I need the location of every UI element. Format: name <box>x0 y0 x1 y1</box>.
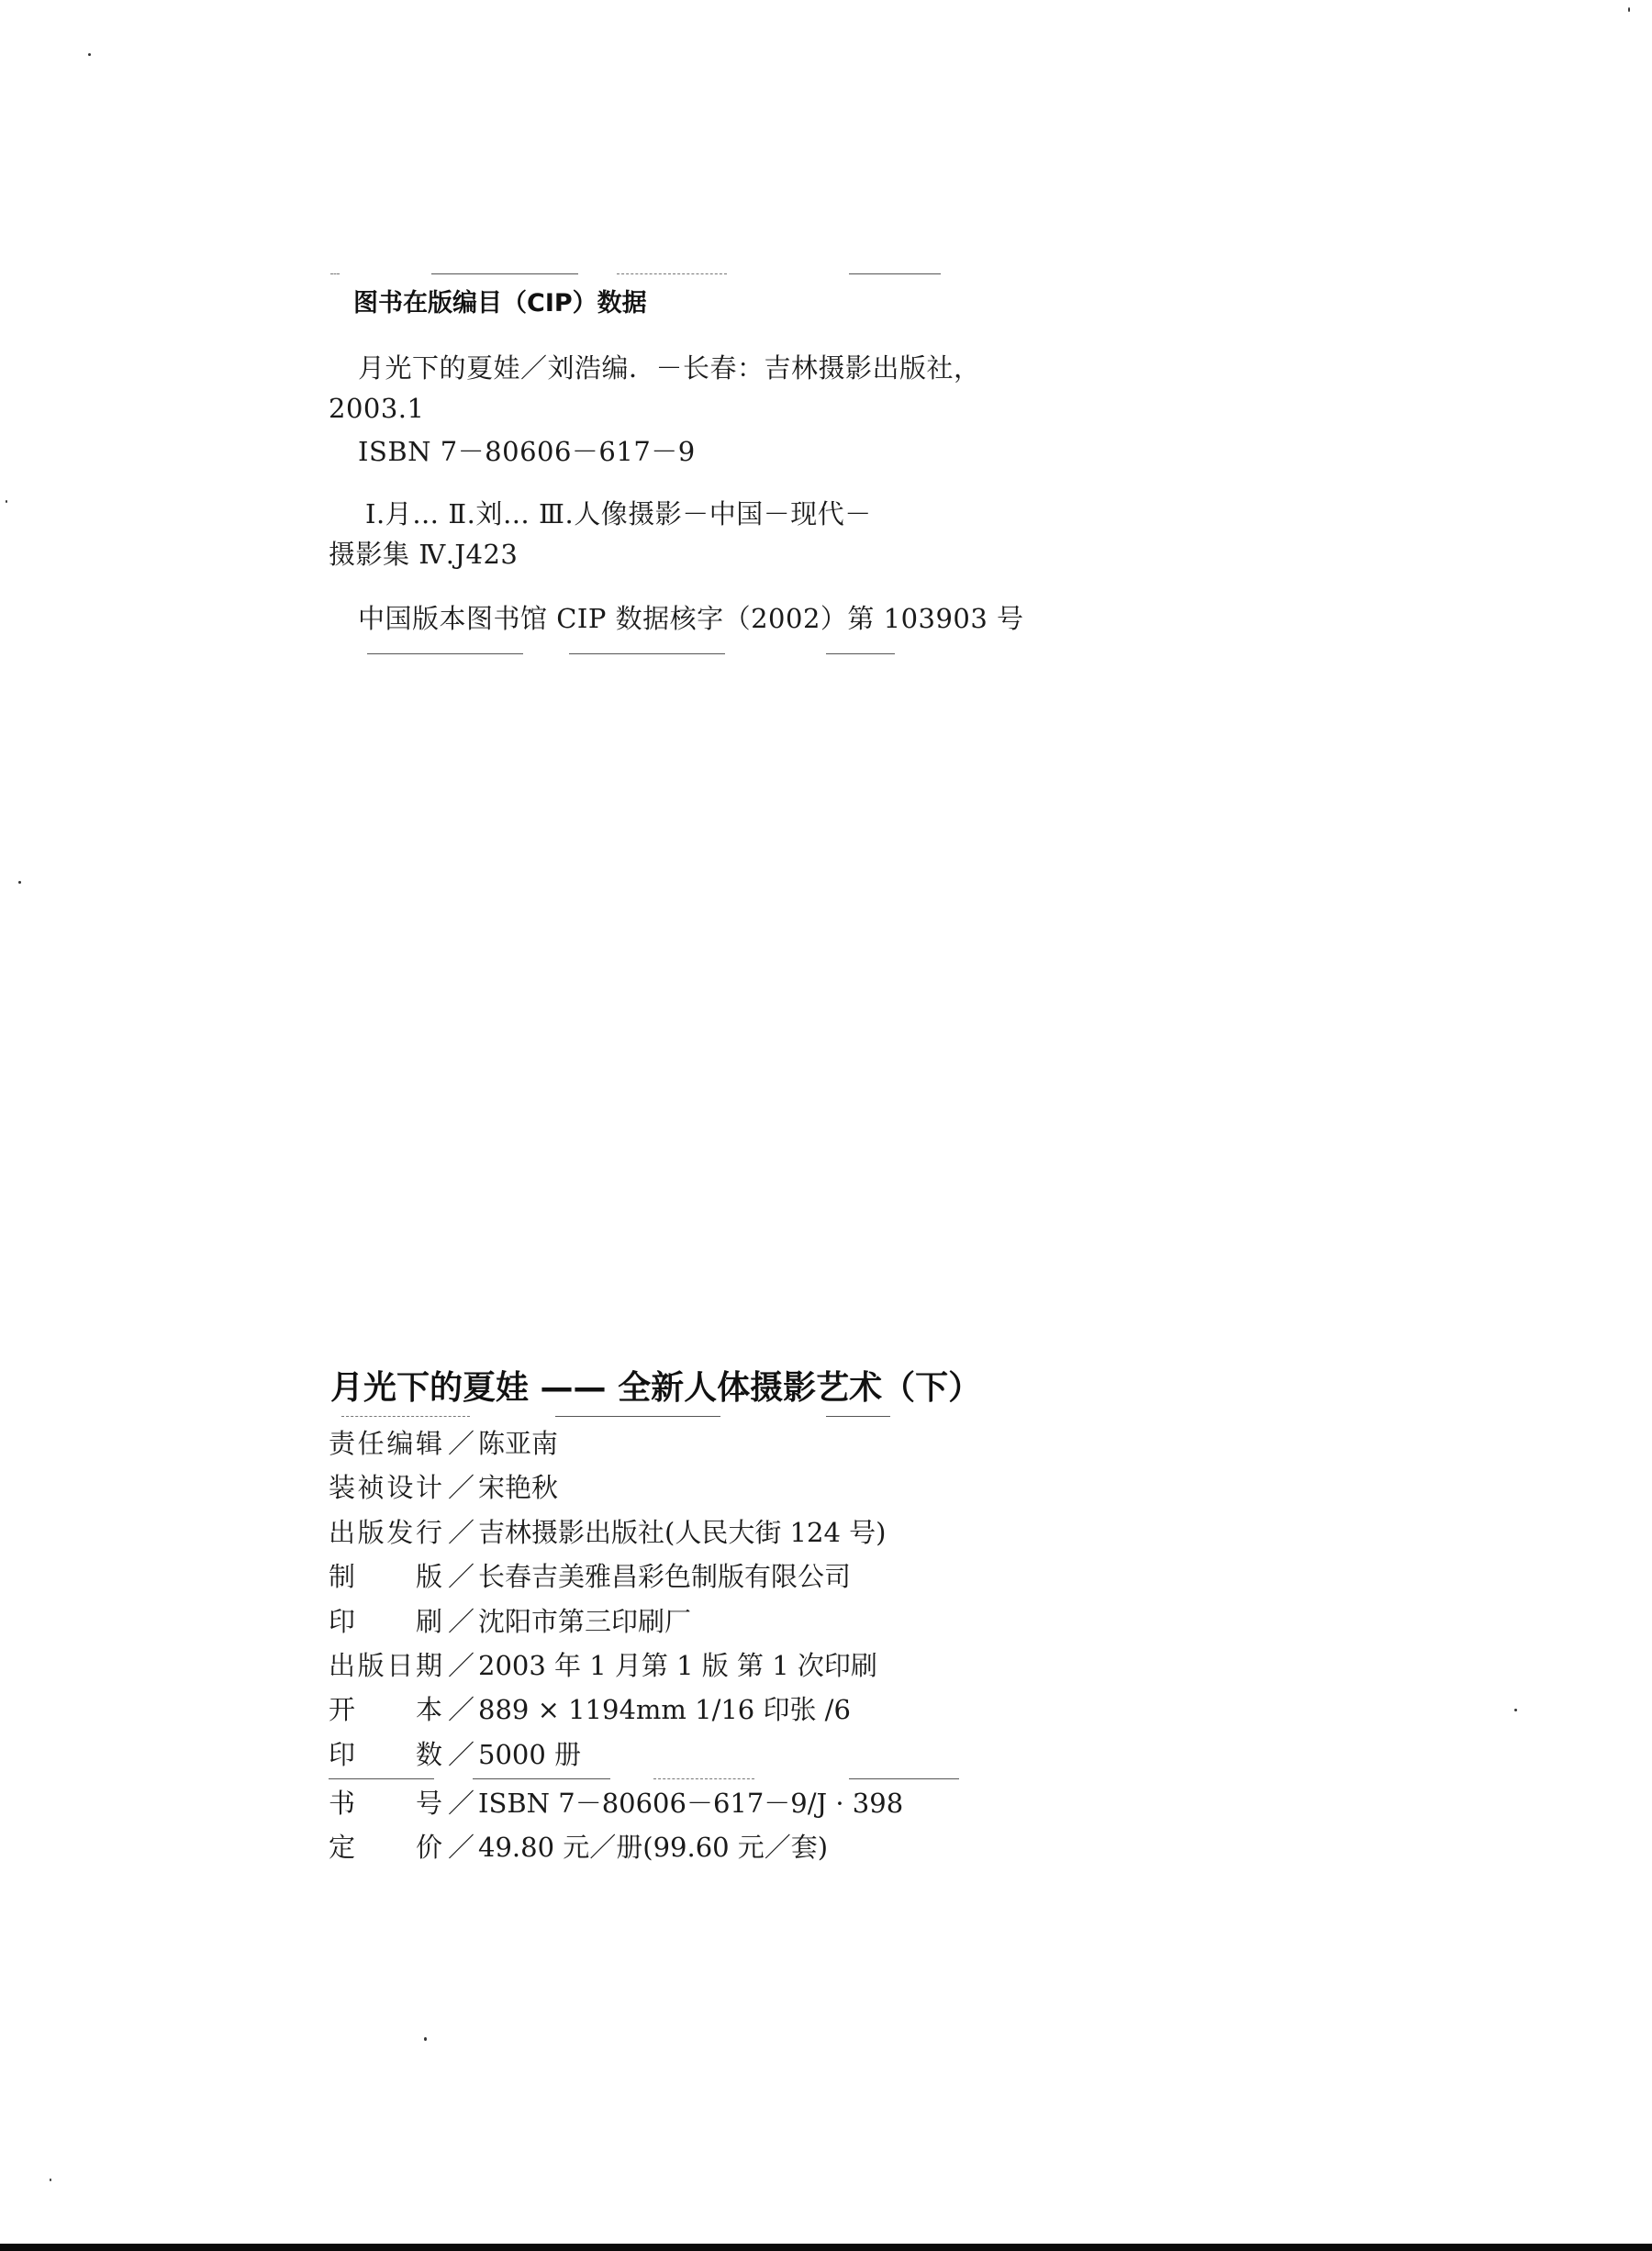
spec-label: 开本 <box>329 1693 442 1726</box>
colophon-divider-rule <box>849 1778 959 1779</box>
spec-value: 长春吉美雅昌彩色制版有限公司 <box>478 1561 851 1592</box>
spec-row-printer: 印刷／沈阳市第三印刷厂 <box>329 1605 691 1638</box>
spec-label: 制版 <box>329 1560 442 1593</box>
spec-label: 装祯设计 <box>329 1471 442 1504</box>
spec-label: 印数 <box>329 1738 442 1771</box>
spec-row-editor: 责任编辑／陈亚南 <box>329 1427 558 1460</box>
spec-separator: ／ <box>442 1787 478 1820</box>
spec-separator: ／ <box>442 1427 478 1460</box>
spec-separator: ／ <box>442 1471 478 1504</box>
cip-entry-date: 2003.1 <box>329 392 424 425</box>
spec-separator: ／ <box>442 1649 478 1682</box>
scan-speck <box>1628 7 1630 12</box>
colophon-divider-rule <box>329 1778 434 1779</box>
book-title: 月光下的夏娃 —— 全新人体摄影艺术（下） <box>330 1367 981 1410</box>
spec-value: 2003 年 1 月第 1 版 第 1 次印刷 <box>478 1650 877 1681</box>
spec-label: 定价 <box>329 1831 442 1864</box>
spec-label: 印刷 <box>329 1605 442 1638</box>
spec-label: 出版发行 <box>329 1516 442 1549</box>
spec-separator: ／ <box>442 1693 478 1726</box>
scan-speck <box>424 2037 427 2041</box>
spec-row-plate-making: 制版／长春吉美雅昌彩色制版有限公司 <box>329 1560 851 1593</box>
spec-value: 5000 册 <box>478 1739 581 1770</box>
spec-value: 889 × 1194mm 1/16 印张 /6 <box>478 1694 851 1725</box>
cip-top-rule <box>330 273 340 274</box>
cip-top-rule <box>431 273 578 274</box>
colophon-divider-rule <box>653 1778 754 1779</box>
scan-speck <box>1514 1709 1517 1711</box>
spec-row-pub-date: 出版日期／2003 年 1 月第 1 版 第 1 次印刷 <box>329 1649 877 1682</box>
colophon-divider-rule <box>473 1778 610 1779</box>
cip-subjects-line: 摄影集 Ⅳ.J423 <box>329 538 518 571</box>
spec-row-format: 开本／889 × 1194mm 1/16 印张 /6 <box>329 1693 851 1726</box>
title-underline-rule <box>826 1416 890 1417</box>
spec-value: 吉林摄影出版社(人民大街 124 号) <box>478 1517 886 1548</box>
cip-subjects-line: Ⅰ.月… Ⅱ.刘… Ⅲ.人像摄影－中国－现代－ <box>365 497 872 530</box>
cip-bottom-rule <box>569 653 725 654</box>
cip-top-rule <box>617 273 727 274</box>
spec-row-design: 装祯设计／宋艳秋 <box>329 1471 558 1504</box>
spec-row-book-number: 书号／ISBN 7－80606－617－9/J · 398 <box>329 1787 903 1820</box>
spec-label: 出版日期 <box>329 1649 442 1682</box>
cip-entry-line: 月光下的夏娃／刘浩编．－长春：吉林摄影出版社， <box>358 351 981 384</box>
title-underline-rule <box>555 1416 720 1417</box>
spec-separator: ／ <box>442 1516 478 1549</box>
title-underline-rule <box>341 1416 470 1417</box>
spec-value: 49.80 元／册(99.60 元／套) <box>478 1832 828 1863</box>
spec-value: ISBN 7－80606－617－9/J · 398 <box>478 1788 903 1819</box>
cip-bottom-rule <box>826 653 895 654</box>
spec-value: 沈阳市第三印刷厂 <box>478 1606 691 1637</box>
spec-row-publisher: 出版发行／吉林摄影出版社(人民大街 124 号) <box>329 1516 886 1549</box>
spec-row-print-run: 印数／5000 册 <box>329 1738 581 1771</box>
spec-separator: ／ <box>442 1605 478 1638</box>
spec-value: 宋艳秋 <box>478 1472 558 1503</box>
cip-isbn: ISBN 7－80606－617－9 <box>358 435 696 468</box>
scan-speck <box>6 500 7 503</box>
cip-bottom-rule <box>367 653 523 654</box>
scan-speck <box>18 881 21 884</box>
cip-verification: 中国版本图书馆 CIP 数据核字（2002）第 103903 号 <box>358 602 1024 635</box>
spec-separator: ／ <box>442 1560 478 1593</box>
spec-label: 书号 <box>329 1787 442 1820</box>
spec-value: 陈亚南 <box>478 1428 558 1459</box>
cip-heading: 图书在版编目（CIP）数据 <box>353 285 647 322</box>
scan-speck <box>50 2179 51 2181</box>
spec-separator: ／ <box>442 1831 478 1864</box>
spec-label: 责任编辑 <box>329 1427 442 1460</box>
scan-edge-bar <box>0 2244 1652 2251</box>
spec-row-price: 定价／49.80 元／册(99.60 元／套) <box>329 1831 828 1864</box>
scan-speck <box>88 53 91 56</box>
cip-top-rule <box>849 273 941 274</box>
spec-separator: ／ <box>442 1738 478 1771</box>
